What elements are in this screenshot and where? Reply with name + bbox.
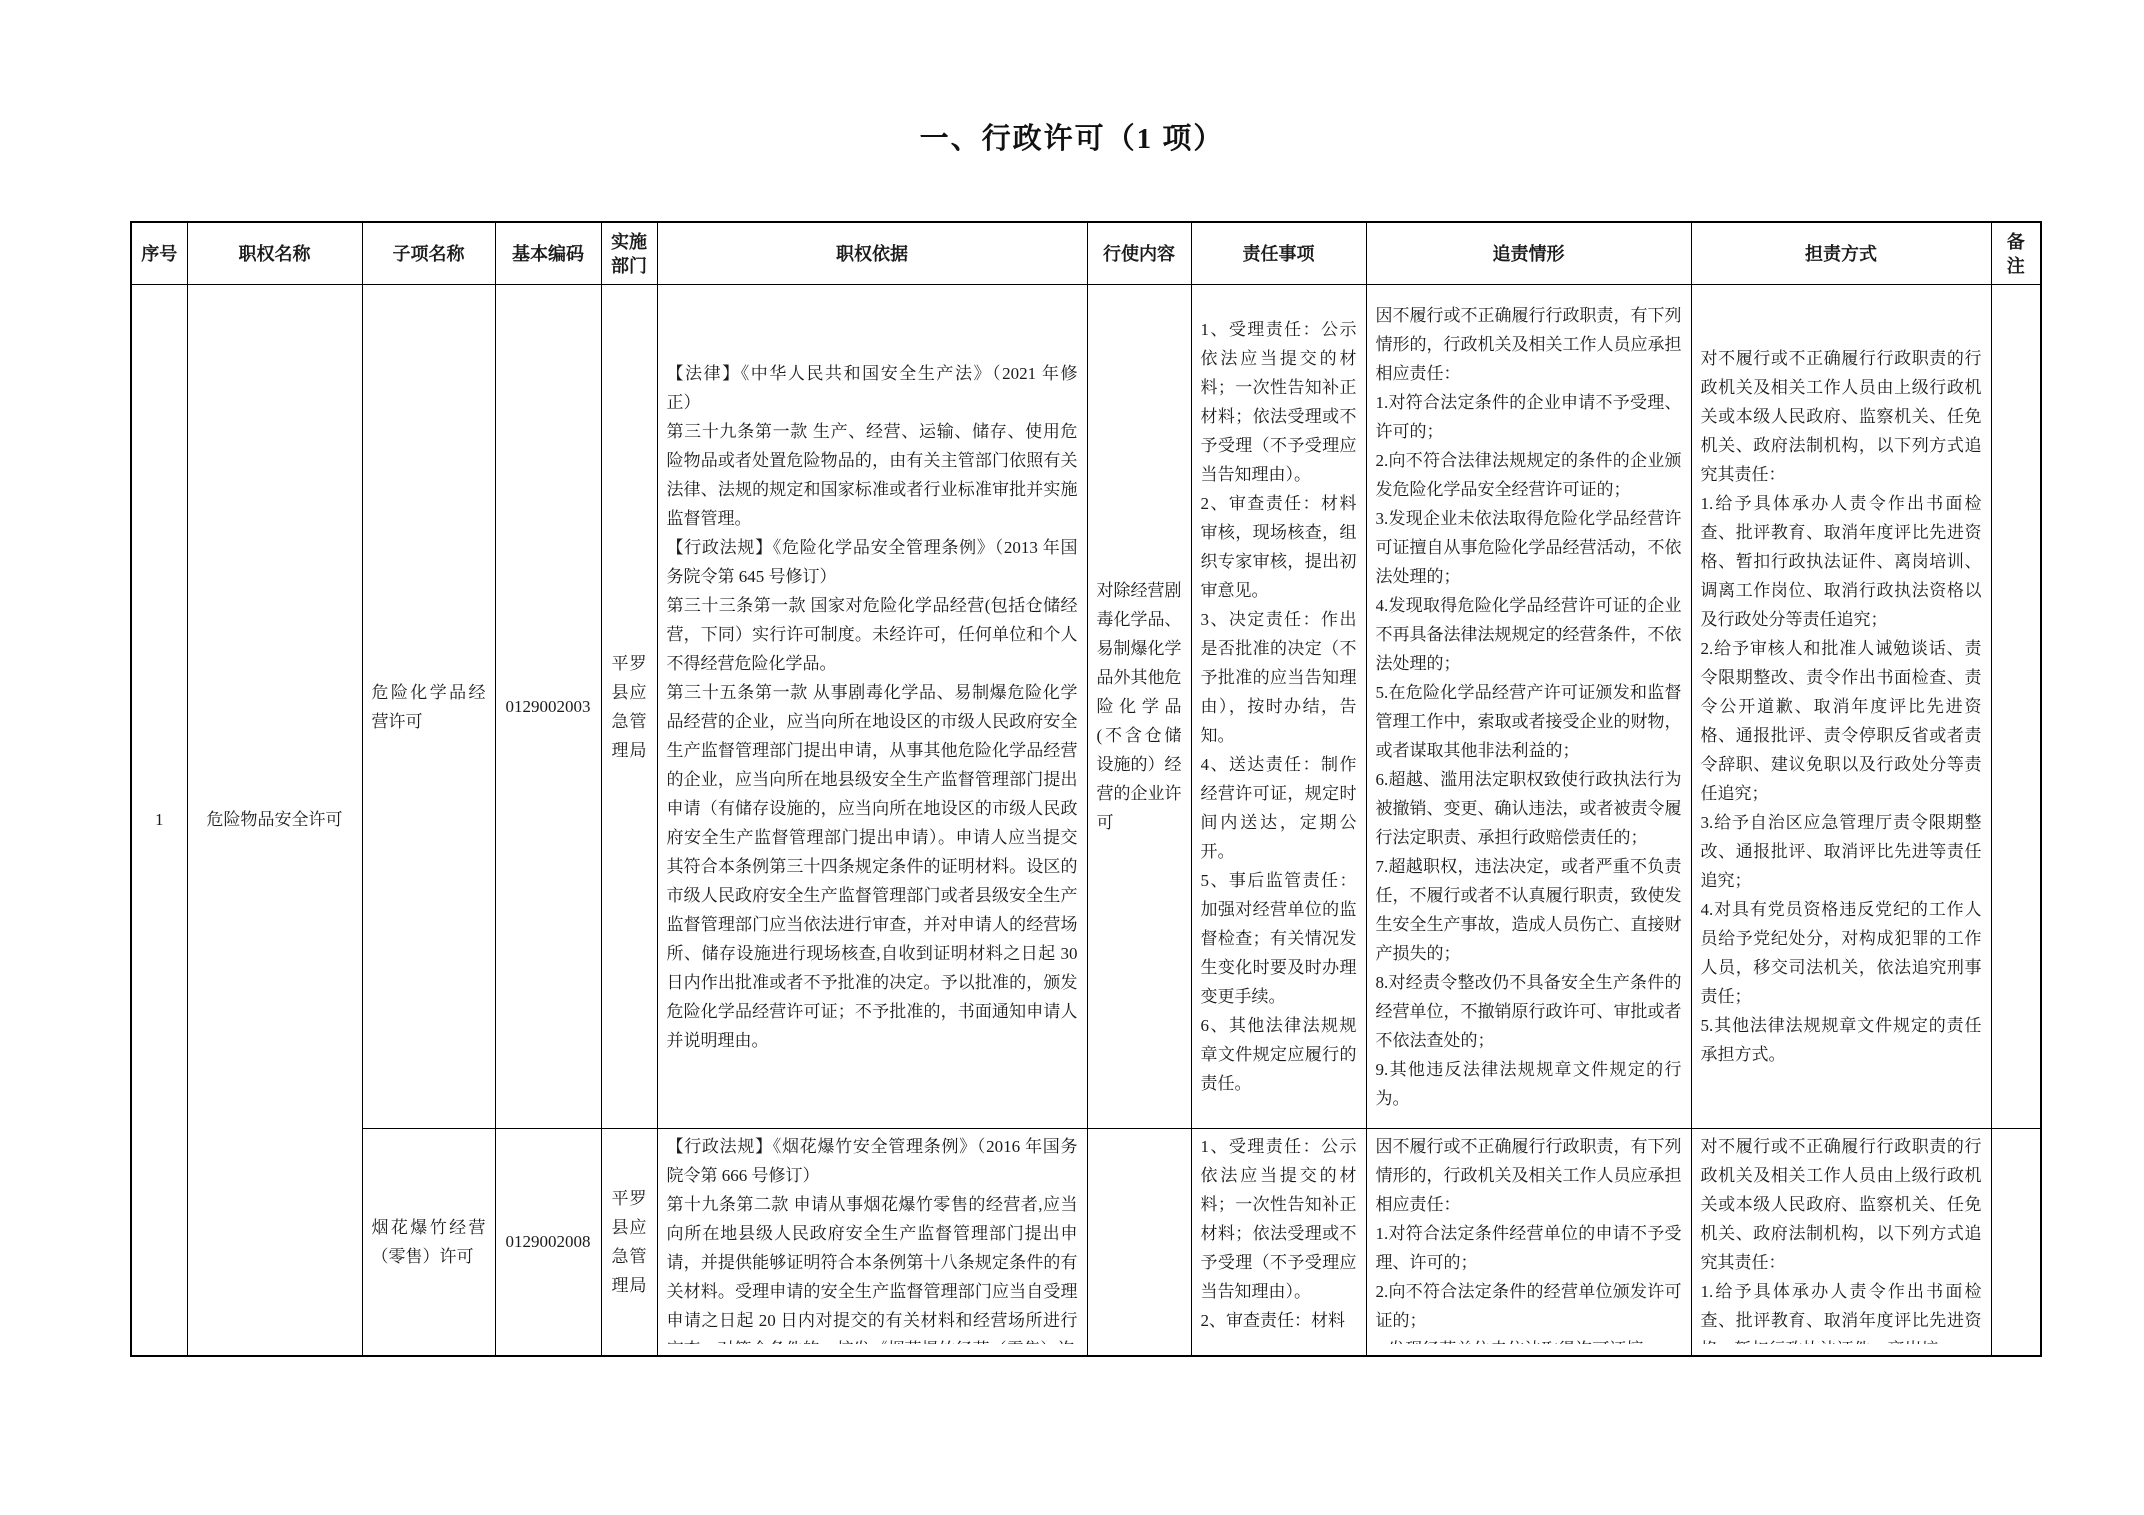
permission-list-table: 序号 职权名称 子项名称 基本编码 实施 部门 职权依据 行使内容 责任事项 追… (130, 221, 2042, 1357)
col-header-authority-name: 职权名称 (187, 222, 362, 285)
cell-responsibility-items-r1: 1、受理责任：公示依法应当提交的材料；一次性告知补正材料；依法受理或不予受理（不… (1191, 285, 1366, 1129)
col-header-subitem-name: 子项名称 (362, 222, 495, 285)
cell-implementing-department-r1: 平罗县应急管理局 (601, 285, 657, 1129)
cell-basic-code-r1: 0129002003 (495, 285, 601, 1129)
accountability-methods-text-r1: 对不履行或不正确履行行政职责的行政机关及相关工作人员由上级行政机关或本级人民政府… (1701, 344, 1982, 1069)
cell-exercise-content-r1: 对除经营剧毒化学品、易制爆化学品外其他危险化学品(不含仓储设施的）经营的企业许可 (1087, 285, 1191, 1129)
accountability-situations-text-r2: 因不履行或不正确履行行政职责，有下列情形的，行政机关及相关工作人员应承担相应责任… (1376, 1132, 1682, 1344)
cell-remarks-r1 (1991, 285, 2041, 1129)
cell-exercise-content-r2 (1087, 1129, 1191, 1356)
responsibility-items-text-r2: 1、受理责任：公示依法应当提交的材料；一次性告知补正材料；依法受理或不予受理（不… (1201, 1132, 1357, 1344)
document-page: 一、行政许可（1 项） 序号 职权名称 子项名称 基本编码 实施 部门 职权依据… (0, 0, 2144, 1515)
cell-authority-basis-r2: 【行政法规】《烟花爆竹安全管理条例》（2016 年国务院令第 666 号修订） … (657, 1129, 1087, 1356)
cell-basic-code-r2: 0129002008 (495, 1129, 601, 1356)
cell-responsibility-items-r2: 1、受理责任：公示依法应当提交的材料；一次性告知补正材料；依法受理或不予受理（不… (1191, 1129, 1366, 1356)
cell-accountability-methods-r2: 对不履行或不正确履行行政职责的行政机关及相关工作人员由上级行政机关或本级人民政府… (1691, 1129, 1991, 1356)
cell-authority-basis-r1: 【法律】《中华人民共和国安全生产法》（2021 年修正） 第三十九条第一款 生产… (657, 285, 1087, 1129)
cell-remarks-r2 (1991, 1129, 2041, 1356)
col-header-accountability-methods: 担责方式 (1691, 222, 1991, 285)
col-header-serial-number: 序号 (131, 222, 187, 285)
authority-basis-text-r2: 【行政法规】《烟花爆竹安全管理条例》（2016 年国务院令第 666 号修订） … (667, 1132, 1078, 1344)
cell-subitem-name-r1: 危险化学品经营许可 (362, 285, 495, 1129)
cell-implementing-department-r2: 平罗县应急管理局 (601, 1129, 657, 1356)
authority-basis-text-r1: 【法律】《中华人民共和国安全生产法》（2021 年修正） 第三十九条第一款 生产… (667, 359, 1078, 1055)
cell-serial-number: 1 (131, 285, 187, 1356)
accountability-situations-text-r1: 因不履行或不正确履行行政职责，有下列情形的，行政机关及相关工作人员应承担相应责任… (1376, 301, 1682, 1113)
accountability-methods-text-r2: 对不履行或不正确履行行政职责的行政机关及相关工作人员由上级行政机关或本级人民政府… (1701, 1132, 1982, 1344)
cell-authority-name: 危险物品安全许可 (187, 285, 362, 1356)
col-header-implementing-department: 实施 部门 (601, 222, 657, 285)
document-title: 一、行政许可（1 项） (0, 116, 2144, 157)
cell-subitem-name-r2: 烟花爆竹经营（零售）许可 (362, 1129, 495, 1356)
cell-accountability-methods-r1: 对不履行或不正确履行行政职责的行政机关及相关工作人员由上级行政机关或本级人民政府… (1691, 285, 1991, 1129)
table-header-row: 序号 职权名称 子项名称 基本编码 实施 部门 职权依据 行使内容 责任事项 追… (131, 222, 2041, 285)
col-header-exercise-content: 行使内容 (1087, 222, 1191, 285)
table-row-fireworks: 烟花爆竹经营（零售）许可 0129002008 平罗县应急管理局 【行政法规】《… (131, 1129, 2041, 1356)
col-header-basic-code: 基本编码 (495, 222, 601, 285)
col-header-responsibility-items: 责任事项 (1191, 222, 1366, 285)
responsibility-items-text-r1: 1、受理责任：公示依法应当提交的材料；一次性告知补正材料；依法受理或不予受理（不… (1201, 315, 1357, 1098)
col-header-remarks: 备 注 (1991, 222, 2041, 285)
table-row-hazardous-chemicals: 1 危险物品安全许可 危险化学品经营许可 0129002003 平罗县应急管理局… (131, 285, 2041, 1129)
exercise-content-text-r1: 对除经营剧毒化学品、易制爆化学品外其他危险化学品(不含仓储设施的）经营的企业许可 (1097, 576, 1182, 837)
cell-accountability-situations-r2: 因不履行或不正确履行行政职责，有下列情形的，行政机关及相关工作人员应承担相应责任… (1366, 1129, 1691, 1356)
col-header-accountability-situations: 追责情形 (1366, 222, 1691, 285)
cell-accountability-situations-r1: 因不履行或不正确履行行政职责，有下列情形的，行政机关及相关工作人员应承担相应责任… (1366, 285, 1691, 1129)
col-header-authority-basis: 职权依据 (657, 222, 1087, 285)
